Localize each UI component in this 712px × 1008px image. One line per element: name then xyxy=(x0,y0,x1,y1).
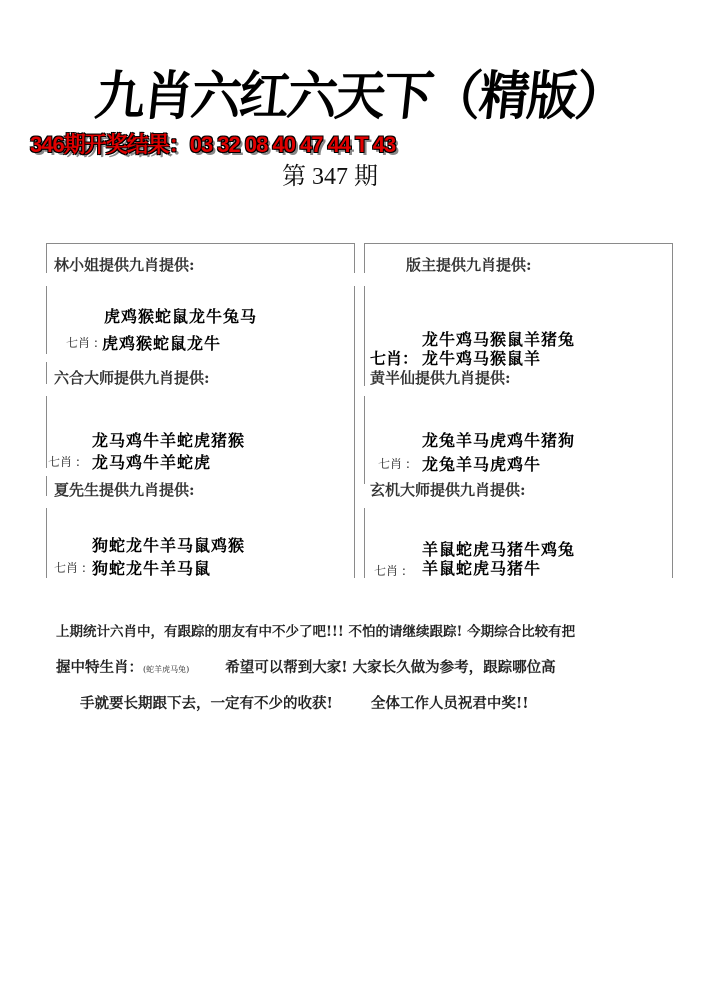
divider xyxy=(46,362,47,384)
section-heading: 夏先生提供九肖提供: xyxy=(54,479,195,500)
divider xyxy=(364,286,365,386)
seven-zodiac: 龙兔羊马虎鸡牛 xyxy=(422,452,541,475)
seven-zodiac: 狗蛇龙牛羊马鼠 xyxy=(92,556,211,579)
divider xyxy=(364,243,672,244)
nine-zodiac: 虎鸡猴蛇鼠龙牛兔马 xyxy=(104,304,257,327)
nine-zodiac: 龙马鸡牛羊蛇虎猪猴 xyxy=(92,428,245,451)
divider xyxy=(46,476,47,496)
divider xyxy=(364,508,365,578)
seven-zodiac: 龙牛鸡马猴鼠羊 xyxy=(422,346,541,369)
section-heading: 六合大师提供九肖提供: xyxy=(54,367,210,388)
footer-line-3: 手就要长期跟下去，一定有不少的收获!全体工作人员祝君中奖!! xyxy=(80,692,529,713)
seven-zodiac: 羊鼠蛇虎马猪牛 xyxy=(422,556,541,579)
previous-result: 346期开奖结果：03 32 08 40 47 44 T 43 xyxy=(30,128,395,159)
section-heading: 玄机大师提供九肖提供: xyxy=(370,479,526,500)
footer-line-3-end: 全体工作人员祝君中奖!! xyxy=(371,695,529,712)
footer-line-2-end: 希望可以帮到大家! 大家长久做为参考，跟踪哪位高 xyxy=(225,659,555,676)
seven-zodiac-label: 七肖 : xyxy=(66,334,98,351)
divider xyxy=(354,243,355,273)
divider xyxy=(364,243,365,273)
divider xyxy=(46,286,47,354)
result-label: 346期开奖结果： xyxy=(30,132,190,157)
divider xyxy=(364,396,365,484)
nine-zodiac: 龙兔羊马虎鸡牛猪狗 xyxy=(422,428,575,451)
divider xyxy=(672,243,673,578)
seven-zodiac: 虎鸡猴蛇鼠龙牛 xyxy=(102,331,221,354)
result-numbers: 03 32 08 40 47 44 T 43 xyxy=(190,132,396,157)
section-heading: 黄半仙提供九肖提供: xyxy=(370,367,511,388)
seven-zodiac-label: 七肖 : xyxy=(378,455,410,472)
section-heading: 版主提供九肖提供: xyxy=(406,254,532,275)
footer-line-2-start: 握中特生肖： xyxy=(56,659,143,676)
seven-zodiac-label: 七肖 : xyxy=(48,453,80,470)
seven-zodiac: 龙马鸡牛羊蛇虎 xyxy=(92,450,211,473)
issue-number: 第 347 期 xyxy=(282,156,378,191)
divider xyxy=(46,396,47,468)
seven-zodiac-label: 七肖： xyxy=(370,346,418,369)
special-zodiac-note: (蛇羊虎马兔) xyxy=(143,665,189,674)
divider xyxy=(46,508,47,578)
footer-line-2: 握中特生肖：(蛇羊虎马兔)希望可以帮到大家! 大家长久做为参考，跟踪哪位高 xyxy=(56,656,556,677)
divider xyxy=(46,243,354,244)
seven-zodiac-label: 七肖 : xyxy=(374,562,406,579)
divider xyxy=(46,243,47,273)
seven-zodiac-label: 七肖 : xyxy=(54,559,86,576)
section-heading: 林小姐提供九肖提供: xyxy=(54,254,195,275)
footer-line-1: 上期统计六肖中，有跟踪的朋友有中不少了吧!!! 不怕的请继续跟踪! 今期综合比较… xyxy=(56,620,575,640)
divider xyxy=(354,286,355,578)
nine-zodiac: 狗蛇龙牛羊马鼠鸡猴 xyxy=(92,533,245,556)
page-title: 九肖六红六天下（精版） xyxy=(92,54,628,130)
footer-line-3-start: 手就要长期跟下去，一定有不少的收获! xyxy=(80,695,333,712)
